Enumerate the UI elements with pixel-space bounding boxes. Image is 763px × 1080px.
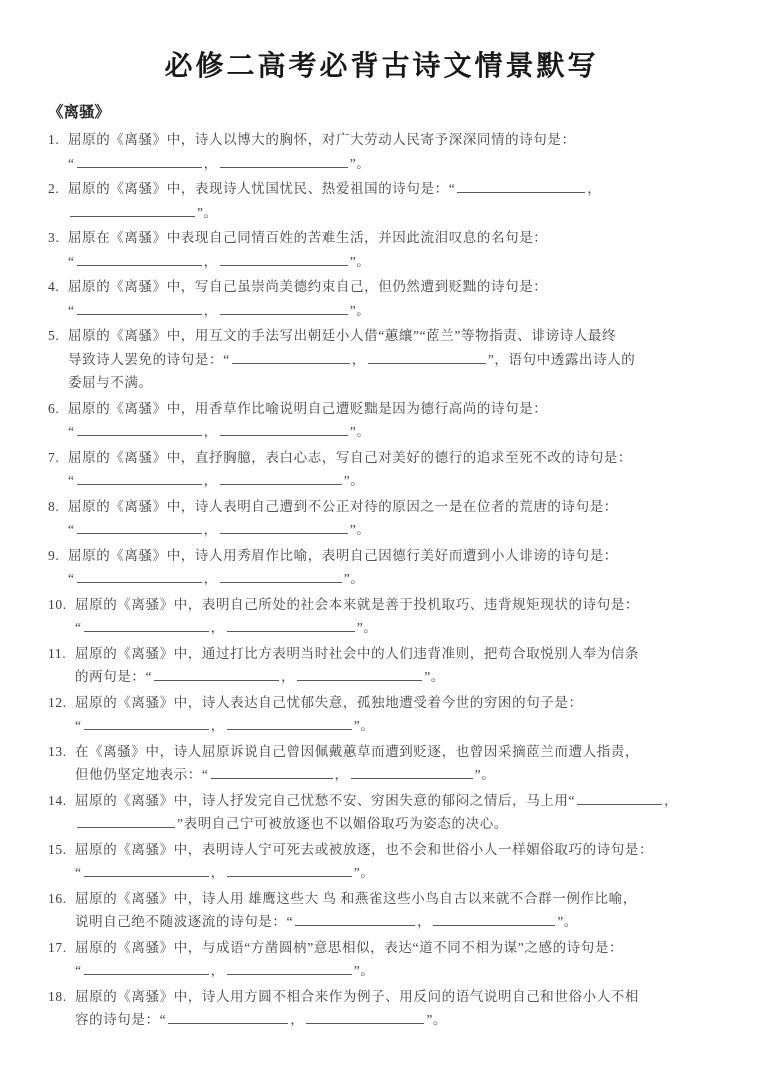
question-item: 17.屈原的《离骚》中，与成语“方凿圆枘”意思相似，表达“道不同不相为谋”之感的…: [48, 936, 715, 983]
question-text: 屈原的《离骚》中，诗人用 雄鹰这些大 鸟 和燕雀这些小鸟自古以来就不合群一例作比…: [75, 891, 637, 906]
question-number: 2.: [48, 177, 59, 201]
question-text: ”。: [354, 718, 375, 733]
answer-blank[interactable]: [227, 716, 352, 730]
question-number: 4.: [48, 275, 59, 299]
question-text: ，: [211, 620, 225, 635]
question-number: 15.: [48, 838, 67, 862]
page-title: 必修二高考必背古诗文情景默写: [48, 44, 715, 84]
question-text: “: [68, 473, 75, 488]
question-item: 2.屈原的《离骚》中，表现诗人忧国忧民、热爱祖国的诗句是：“，”。: [48, 177, 715, 224]
question-text: 屈原的《离骚》中，用互文的手法写出朝廷小人借“蕙纕”“茝兰”等物指责、诽谤诗人最…: [68, 328, 616, 343]
answer-blank[interactable]: [77, 154, 202, 168]
question-text: ”。: [426, 1012, 447, 1027]
question-text: “: [68, 424, 75, 439]
question-text: ”，语句中透露出诗人的: [488, 352, 636, 367]
question-number: 6.: [48, 397, 59, 421]
answer-blank[interactable]: [297, 667, 422, 681]
question-text: ”。: [197, 205, 218, 220]
question-text: 屈原的《离骚》中，通过打比方表明当时社会中的人们违背准则，把苟合取悦别人奉为信条: [75, 646, 639, 661]
question-text: ，: [352, 352, 366, 367]
answer-blank[interactable]: [220, 154, 348, 168]
question-number: 5.: [48, 324, 59, 348]
question-body: 屈原的《离骚》中，用香草作比喻说明自己遭贬黜是因为德行高尚的诗句是：“，”。: [68, 401, 547, 440]
answer-blank[interactable]: [77, 520, 202, 534]
answer-blank[interactable]: [227, 863, 352, 877]
answer-blank[interactable]: [168, 1010, 288, 1024]
question-item: 1.屈原的《离骚》中，诗人以博大的胸怀，对广大劳动人民寄予深深同情的诗句是：“，…: [48, 128, 715, 175]
question-text: 委屈与不满。: [68, 375, 153, 390]
question-text: 屈原的《离骚》中，诗人表明自己遭到不公正对待的原因之一是在位者的荒唐的诗句是：: [68, 499, 618, 514]
question-text: “: [68, 156, 75, 171]
question-list: 1.屈原的《离骚》中，诗人以博大的胸怀，对广大劳动人民寄予深深同情的诗句是：“，…: [48, 128, 715, 1032]
question-text: 屈原的《离骚》中，诗人表达自己忧郁失意，孤独地遭受着今世的穷困的句子是：: [75, 695, 583, 710]
answer-blank[interactable]: [77, 814, 175, 828]
answer-blank[interactable]: [220, 520, 348, 534]
answer-blank[interactable]: [84, 618, 209, 632]
answer-blank[interactable]: [227, 961, 352, 975]
question-item: 7.屈原的《离骚》中，直抒胸臆，表白心志，写自己对美好的德行的追求至死不改的诗句…: [48, 446, 715, 493]
question-text: ”。: [344, 571, 365, 586]
question-text: ，: [290, 1012, 304, 1027]
question-text: 屈原的《离骚》中，表明诗人宁可死去或被放逐，也不会和世俗小人一样媚俗取巧的诗句是…: [75, 842, 653, 857]
question-item: 9.屈原的《离骚》中，诗人用秀眉作比喻，表明自己因德行美好而遭到小人诽谤的诗句是…: [48, 544, 715, 591]
question-text: ，: [211, 963, 225, 978]
question-text: ，: [335, 767, 349, 782]
question-number: 16.: [48, 887, 67, 911]
question-text: ，: [204, 254, 218, 269]
question-text: 但他仍坚定地表示：“: [75, 767, 209, 782]
question-text: 屈原的《离骚》中，表明自己所处的社会本来就是善于投机取巧、违背规矩现状的诗句是：: [75, 597, 639, 612]
answer-blank[interactable]: [577, 791, 662, 805]
question-text: 屈原的《离骚》中，诗人用秀眉作比喻，表明自己因德行美好而遭到小人诽谤的诗句是：: [68, 548, 618, 563]
answer-blank[interactable]: [77, 422, 202, 436]
question-text: ，: [664, 793, 678, 808]
question-text: 屈原的《离骚》中，诗人抒发完自己忧愁不安、穷困失意的郁闷之情后，马上用“: [75, 793, 575, 808]
question-text: ”。: [475, 767, 496, 782]
question-number: 11.: [48, 642, 66, 666]
question-text: 屈原的《离骚》中，写自己虽崇尚美德约束自己，但仍然遭到贬黜的诗句是：: [68, 279, 547, 294]
question-text: ，: [204, 156, 218, 171]
question-text: ，: [204, 473, 218, 488]
answer-blank[interactable]: [77, 252, 202, 266]
answer-blank[interactable]: [220, 569, 342, 583]
section-heading: 《离骚》: [48, 100, 715, 122]
question-text: ”。: [424, 669, 445, 684]
question-text: ，: [211, 865, 225, 880]
question-text: ”。: [557, 914, 578, 929]
question-text: 容的诗句是：“: [75, 1012, 166, 1027]
question-text: 屈原在《离骚》中表现自己同情百姓的苦难生活，并因此流泪叹息的名句是：: [68, 230, 547, 245]
question-item: 10.屈原的《离骚》中，表明自己所处的社会本来就是善于投机取巧、违背规矩现状的诗…: [48, 593, 715, 640]
question-text: 屈原的《离骚》中，直抒胸臆，表白心志，写自己对美好的德行的追求至死不改的诗句是：: [68, 450, 632, 465]
answer-blank[interactable]: [154, 667, 279, 681]
question-body: 屈原的《离骚》中，表现诗人忧国忧民、热爱祖国的诗句是：“，”。: [68, 181, 601, 220]
question-text: ”。: [357, 620, 378, 635]
question-text: 的两句是：“: [75, 669, 152, 684]
question-text: ”。: [350, 522, 371, 537]
question-text: 导致诗人罢免的诗句是：“: [68, 352, 230, 367]
question-text: “: [75, 963, 82, 978]
question-item: 18.屈原的《离骚》中，诗人用方圆不相合来作为例子、用反问的语气说明自己和世俗小…: [48, 985, 715, 1032]
question-body: 屈原的《离骚》中，诗人抒发完自己忧愁不安、穷困失意的郁闷之情后，马上用“，”表明…: [75, 793, 678, 832]
question-body: 屈原在《离骚》中表现自己同情百姓的苦难生活，并因此流泪叹息的名句是：“，”。: [68, 230, 547, 269]
question-body: 屈原的《离骚》中，诗人用 雄鹰这些大 鸟 和燕雀这些小鸟自古以来就不合群一例作比…: [75, 891, 637, 930]
answer-blank[interactable]: [84, 961, 209, 975]
question-text: “: [68, 571, 75, 586]
question-text: ”。: [350, 156, 371, 171]
question-text: ”。: [350, 424, 371, 439]
question-number: 18.: [48, 985, 67, 1009]
question-text: ”。: [350, 303, 371, 318]
answer-blank[interactable]: [433, 912, 555, 926]
question-text: 屈原的《离骚》中，诗人用方圆不相合来作为例子、用反问的语气说明自己和世俗小人不相: [75, 989, 639, 1004]
question-number: 13.: [48, 740, 67, 764]
question-body: 屈原的《离骚》中，表明自己所处的社会本来就是善于投机取巧、违背规矩现状的诗句是：…: [75, 597, 639, 636]
question-number: 9.: [48, 544, 59, 568]
answer-blank[interactable]: [211, 765, 333, 779]
question-text: “: [68, 303, 75, 318]
answer-blank[interactable]: [77, 301, 202, 315]
question-text: ，: [204, 522, 218, 537]
question-item: 15.屈原的《离骚》中，表明诗人宁可死去或被放逐，也不会和世俗小人一样媚俗取巧的…: [48, 838, 715, 885]
question-text: “: [68, 522, 75, 537]
answer-blank[interactable]: [84, 716, 209, 730]
question-text: ”表明自己宁可被放逐也不以媚俗取巧为姿态的决心。: [177, 816, 508, 831]
answer-blank[interactable]: [84, 863, 209, 877]
question-text: ”。: [354, 963, 375, 978]
question-number: 12.: [48, 691, 67, 715]
answer-blank[interactable]: [306, 1010, 424, 1024]
question-body: 屈原的《离骚》中，诗人以博大的胸怀，对广大劳动人民寄予深深同情的诗句是：“，”。: [68, 132, 576, 171]
question-number: 3.: [48, 226, 59, 250]
question-text: ”。: [344, 473, 365, 488]
question-item: 14.屈原的《离骚》中，诗人抒发完自己忧愁不安、穷困失意的郁闷之情后，马上用“，…: [48, 789, 715, 836]
question-item: 12.屈原的《离骚》中，诗人表达自己忧郁失意，孤独地遭受着今世的穷困的句子是：“…: [48, 691, 715, 738]
question-text: 屈原的《离骚》中，与成语“方凿圆枘”意思相似，表达“道不同不相为谋”之感的诗句是…: [75, 940, 623, 955]
question-item: 5.屈原的《离骚》中，用互文的手法写出朝廷小人借“蕙纕”“茝兰”等物指责、诽谤诗…: [48, 324, 715, 395]
question-item: 4.屈原的《离骚》中，写自己虽崇尚美德约束自己，但仍然遭到贬黜的诗句是：“，”。: [48, 275, 715, 322]
question-body: 屈原的《离骚》中，通过打比方表明当时社会中的人们违背准则，把苟合取悦别人奉为信条…: [75, 646, 639, 685]
question-text: 在《离骚》中，诗人屈原诉说自己曾因佩戴蕙草而遭到贬逐，也曾因采摘茝兰而遭人指责，: [75, 744, 639, 759]
question-item: 8.屈原的《离骚》中，诗人表明自己遭到不公正对待的原因之一是在位者的荒唐的诗句是…: [48, 495, 715, 542]
question-body: 在《离骚》中，诗人屈原诉说自己曾因佩戴蕙草而遭到贬逐，也曾因采摘茝兰而遭人指责，…: [75, 744, 639, 783]
question-number: 17.: [48, 936, 67, 960]
question-text: ，: [211, 718, 225, 733]
question-body: 屈原的《离骚》中，与成语“方凿圆枘”意思相似，表达“道不同不相为谋”之感的诗句是…: [75, 940, 623, 979]
answer-blank[interactable]: [220, 422, 348, 436]
question-number: 1.: [48, 128, 59, 152]
answer-blank[interactable]: [77, 471, 202, 485]
document-page: 必修二高考必背古诗文情景默写 《离骚》 1.屈原的《离骚》中，诗人以博大的胸怀，…: [0, 0, 763, 1080]
question-body: 屈原的《离骚》中，写自己虽崇尚美德约束自己，但仍然遭到贬黜的诗句是：“，”。: [68, 279, 547, 318]
question-body: 屈原的《离骚》中，直抒胸臆，表白心志，写自己对美好的德行的追求至死不改的诗句是：…: [68, 450, 632, 489]
answer-blank[interactable]: [232, 350, 350, 364]
answer-blank[interactable]: [77, 569, 202, 583]
answer-blank[interactable]: [457, 179, 585, 193]
question-text: ”。: [354, 865, 375, 880]
question-body: 屈原的《离骚》中，表明诗人宁可死去或被放逐，也不会和世俗小人一样媚俗取巧的诗句是…: [75, 842, 653, 881]
question-item: 6.屈原的《离骚》中，用香草作比喻说明自己遭贬黜是因为德行高尚的诗句是：“，”。: [48, 397, 715, 444]
question-text: 说明自己绝不随波逐流的诗句是：“: [75, 914, 293, 929]
answer-blank[interactable]: [295, 912, 415, 926]
answer-blank[interactable]: [70, 203, 195, 217]
question-item: 3.屈原在《离骚》中表现自己同情百姓的苦难生活，并因此流泪叹息的名句是：“，”。: [48, 226, 715, 273]
question-number: 8.: [48, 495, 59, 519]
answer-blank[interactable]: [368, 350, 486, 364]
question-item: 16.屈原的《离骚》中，诗人用 雄鹰这些大 鸟 和燕雀这些小鸟自古以来就不合群一…: [48, 887, 715, 934]
question-text: ，: [204, 303, 218, 318]
answer-blank[interactable]: [351, 765, 473, 779]
question-number: 14.: [48, 789, 67, 813]
answer-blank[interactable]: [220, 252, 348, 266]
question-body: 屈原的《离骚》中，用互文的手法写出朝廷小人借“蕙纕”“茝兰”等物指责、诽谤诗人最…: [68, 328, 635, 390]
question-body: 屈原的《离骚》中，诗人表达自己忧郁失意，孤独地遭受着今世的穷困的句子是：“，”。: [75, 695, 583, 734]
question-text: ，: [281, 669, 295, 684]
question-body: 屈原的《离骚》中，诗人表明自己遭到不公正对待的原因之一是在位者的荒唐的诗句是：“…: [68, 499, 618, 538]
question-text: 屈原的《离骚》中，用香草作比喻说明自己遭贬黜是因为德行高尚的诗句是：: [68, 401, 547, 416]
question-text: “: [75, 865, 82, 880]
question-text: ，: [587, 181, 601, 196]
question-body: 屈原的《离骚》中，诗人用秀眉作比喻，表明自己因德行美好而遭到小人诽谤的诗句是：“…: [68, 548, 618, 587]
question-text: ”。: [350, 254, 371, 269]
question-number: 7.: [48, 446, 59, 470]
answer-blank[interactable]: [220, 301, 348, 315]
question-text: 屈原的《离骚》中，诗人以博大的胸怀，对广大劳动人民寄予深深同情的诗句是：: [68, 132, 576, 147]
question-text: “: [75, 620, 82, 635]
question-text: ，: [204, 571, 218, 586]
question-item: 13.在《离骚》中，诗人屈原诉说自己曾因佩戴蕙草而遭到贬逐，也曾因采摘茝兰而遭人…: [48, 740, 715, 787]
question-text: ，: [204, 424, 218, 439]
question-text: “: [68, 254, 75, 269]
question-text: “: [75, 718, 82, 733]
answer-blank[interactable]: [220, 471, 342, 485]
question-text: 屈原的《离骚》中，表现诗人忧国忧民、热爱祖国的诗句是：“: [68, 181, 455, 196]
answer-blank[interactable]: [227, 618, 355, 632]
question-item: 11.屈原的《离骚》中，通过打比方表明当时社会中的人们违背准则，把苟合取悦别人奉…: [48, 642, 715, 689]
question-text: ，: [417, 914, 431, 929]
question-number: 10.: [48, 593, 67, 617]
question-body: 屈原的《离骚》中，诗人用方圆不相合来作为例子、用反问的语气说明自己和世俗小人不相…: [75, 989, 639, 1028]
